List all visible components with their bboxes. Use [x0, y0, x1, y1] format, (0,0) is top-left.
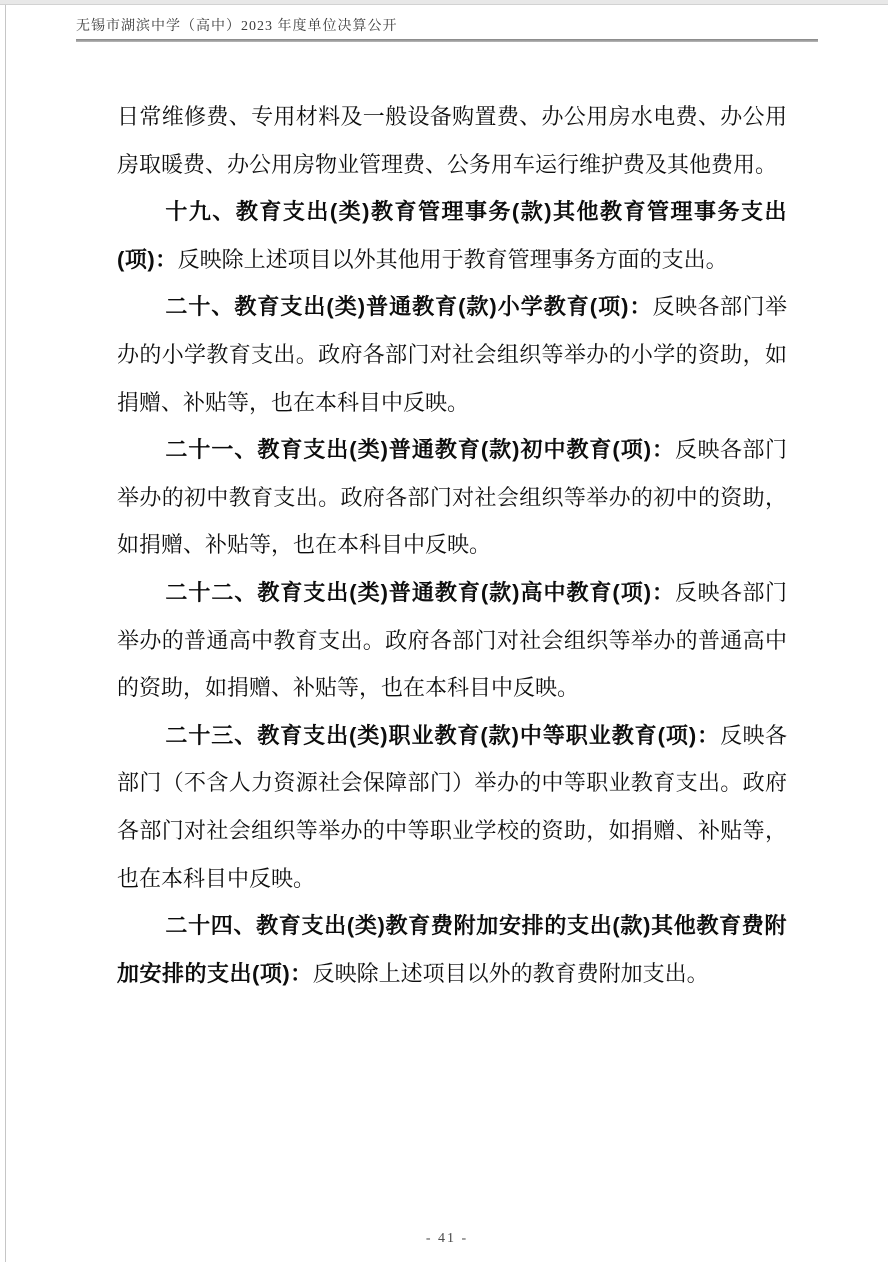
paragraph-item-21: 二十一、教育支出(类)普通教育(款)初中教育(项)：反映各部门举办的初中教育支出… [117, 426, 787, 569]
paragraph-body: 反映除上述项目以外其他用于教育管理事务方面的支出。 [178, 247, 728, 272]
paragraph-lead: 二十三、教育支出(类)职业教育(款)中等职业教育(项)： [165, 723, 720, 748]
paragraph-continuation: 日常维修费、专用材料及一般设备购置费、办公用房水电费、办公用房取暖费、办公用房物… [117, 93, 787, 188]
paragraph-item-20: 二十、教育支出(类)普通教育(款)小学教育(项)：反映各部门举办的小学教育支出。… [117, 283, 787, 426]
document-body: 日常维修费、专用材料及一般设备购置费、办公用房水电费、办公用房取暖费、办公用房物… [117, 93, 787, 997]
document-header-title: 无锡市湖滨中学（高中）2023 年度单位决算公开 [76, 17, 860, 37]
paragraph-lead: 二十、教育支出(类)普通教育(款)小学教育(项)： [165, 294, 652, 319]
paragraph-item-23: 二十三、教育支出(类)职业教育(款)中等职业教育(项)：反映各部门（不含人力资源… [117, 712, 787, 902]
paragraph-item-19: 十九、教育支出(类)教育管理事务(款)其他教育管理事务支出(项)：反映除上述项目… [117, 188, 787, 283]
document-page: 无锡市湖滨中学（高中）2023 年度单位决算公开 日常维修费、专用材料及一般设备… [6, 5, 888, 1262]
paragraph-lead: 二十一、教育支出(类)普通教育(款)初中教育(项)： [165, 437, 675, 462]
document-header: 无锡市湖滨中学（高中）2023 年度单位决算公开 [76, 17, 860, 42]
page-number: - 41 - [6, 1231, 888, 1247]
paragraph-item-24: 二十四、教育支出(类)教育费附加安排的支出(款)其他教育费附加安排的支出(项)：… [117, 902, 787, 997]
paragraph-body: 反映除上述项目以外的教育费附加支出。 [313, 961, 709, 986]
paragraph-body: 日常维修费、专用材料及一般设备购置费、办公用房水电费、办公用房取暖费、办公用房物… [117, 104, 787, 177]
paragraph-lead: 二十二、教育支出(类)普通教育(款)高中教育(项)： [165, 580, 675, 605]
paragraph-item-22: 二十二、教育支出(类)普通教育(款)高中教育(项)：反映各部门举办的普通高中教育… [117, 569, 787, 712]
header-rule [76, 39, 818, 42]
